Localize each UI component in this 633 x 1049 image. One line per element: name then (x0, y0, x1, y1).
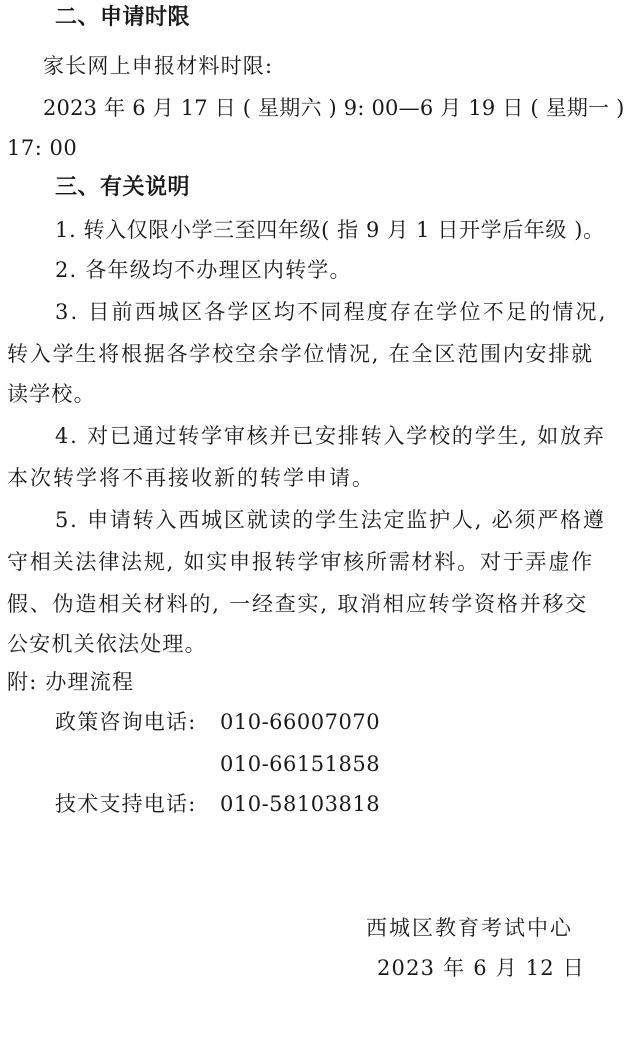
note-5-line-2: 守相关法律法规, 如实申报转学审核所需材料。对于弄虚作 (7, 548, 594, 576)
tech-support-phone: 010-58103818 (220, 790, 380, 818)
policy-hotline-phone-2: 010-66151858 (220, 750, 380, 778)
submission-period-line-1: 2023 年 6 月 17 日 ( 星期六 ) 9: 00—6 月 19 日 (… (43, 94, 625, 122)
submission-period-label: 家长网上申报材料时限: (43, 52, 273, 80)
note-4-line-1: 4. 对已通过转学审核并已安排转入学校的学生, 如放弃 (55, 422, 606, 450)
tech-support-label: 技术支持电话: (55, 790, 196, 818)
section-heading-notes: 三、有关说明 (55, 174, 190, 202)
note-5-line-3: 假、伪造相关材料的, 一经查实, 取消相应转学资格并移交 (7, 590, 588, 618)
note-1-line-1: 1. 转入仅限小学三至四年级( 指 9 月 1 日开学后年级 )。 (55, 216, 605, 244)
attachment-label: 附: 办理流程 (7, 668, 134, 696)
note-5-line-1: 5. 申请转入西城区就读的学生法定监护人, 必须严格遵 (55, 506, 606, 534)
note-3-line-1: 3. 目前西城区各学区均不同程度存在学位不足的情况, (55, 298, 608, 326)
note-3-line-2: 转入学生将根据各学校空余学位情况, 在全区范围内安排就 (7, 340, 594, 368)
note-4-line-2: 本次转学将不再接收新的转学申请。 (7, 464, 375, 492)
section-heading-application-period: 二、申请时限 (55, 4, 190, 32)
signature-date: 2023 年 6 月 12 日 (377, 954, 585, 982)
note-5-line-4: 公安机关依法处理。 (7, 630, 207, 658)
policy-hotline-phone-1: 010-66007070 (220, 708, 380, 736)
policy-hotline-label: 政策咨询电话: (55, 708, 196, 736)
signature-organization: 西城区教育考试中心 (366, 914, 573, 942)
note-2-line-1: 2. 各年级均不办理区内转学。 (55, 256, 352, 284)
note-3-line-3: 读学校。 (7, 380, 96, 408)
submission-period-line-2: 17: 00 (7, 134, 77, 162)
